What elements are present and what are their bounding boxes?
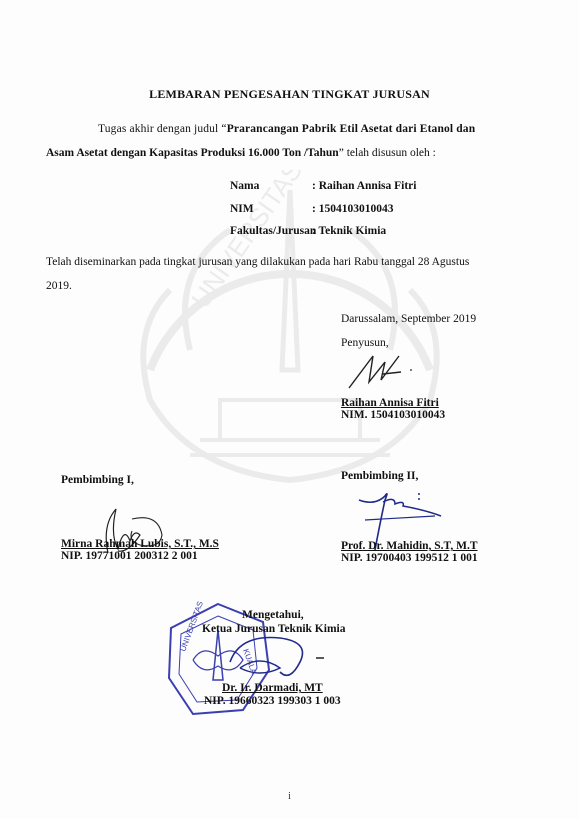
document-page: UNIVERSITAS SYIAH KUALA LEMBARAN PENGESA… <box>0 0 579 819</box>
seminar-line-2: 2019. <box>46 280 72 293</box>
supervisor-2-nip-left: NIP. 19771001 200312 2 001 <box>61 550 198 563</box>
intro-suffix: ” telah disusun oleh : <box>339 147 436 159</box>
head-nip: NIP. 19660323 199303 1 003 <box>204 695 341 708</box>
place-date: Darussalam, September 2019 <box>341 313 476 326</box>
head-name: Dr. Ir. Darmadi, MT <box>222 682 323 695</box>
identity-value-faculty: : Teknik Kimia <box>312 225 386 238</box>
seminar-line-1: Telah diseminarkan pada tingkat jurusan … <box>46 256 469 269</box>
supervisor-2-role: Pembimbing II, <box>341 470 418 483</box>
author-nim: NIM. 1504103010043 <box>341 409 445 422</box>
page-title: LEMBARAN PENGESAHAN TINGKAT JURUSAN <box>0 88 579 101</box>
page-number: i <box>0 790 579 803</box>
intro-line-1: Tugas akhir dengan judul “Prarancangan P… <box>98 123 475 136</box>
supervisor-2-nip: NIP. 19700403 199512 1 001 <box>341 552 478 565</box>
supervisor-1-role: Pembimbing I, <box>61 474 134 487</box>
head-acknowledge: Mengetahui, <box>242 609 304 622</box>
author-role: Penyusun, <box>341 337 389 350</box>
intro-prefix: Tugas akhir dengan judul “ <box>98 123 227 135</box>
identity-value-name: : Raihan Annisa Fitri <box>312 180 416 193</box>
author-signature-icon <box>345 352 425 392</box>
svg-text:UNIVERSITAS: UNIVERSITAS <box>178 600 204 653</box>
thesis-title-line-1: Prarancangan Pabrik Etil Asetat dari Eta… <box>227 123 476 135</box>
identity-value-nim: : 1504103010043 <box>312 203 393 216</box>
thesis-title-line-2: Asam Asetat dengan Kapasitas Produksi 16… <box>46 147 339 159</box>
university-watermark-icon: UNIVERSITAS SYIAH KUALA <box>110 170 470 500</box>
head-signature-icon <box>220 632 330 687</box>
identity-label-nim: NIM <box>230 203 254 216</box>
intro-line-2: Asam Asetat dengan Kapasitas Produksi 16… <box>46 147 436 160</box>
identity-label-name: Nama <box>230 180 259 193</box>
identity-label-faculty: Fakultas/Jurusan <box>230 225 316 238</box>
